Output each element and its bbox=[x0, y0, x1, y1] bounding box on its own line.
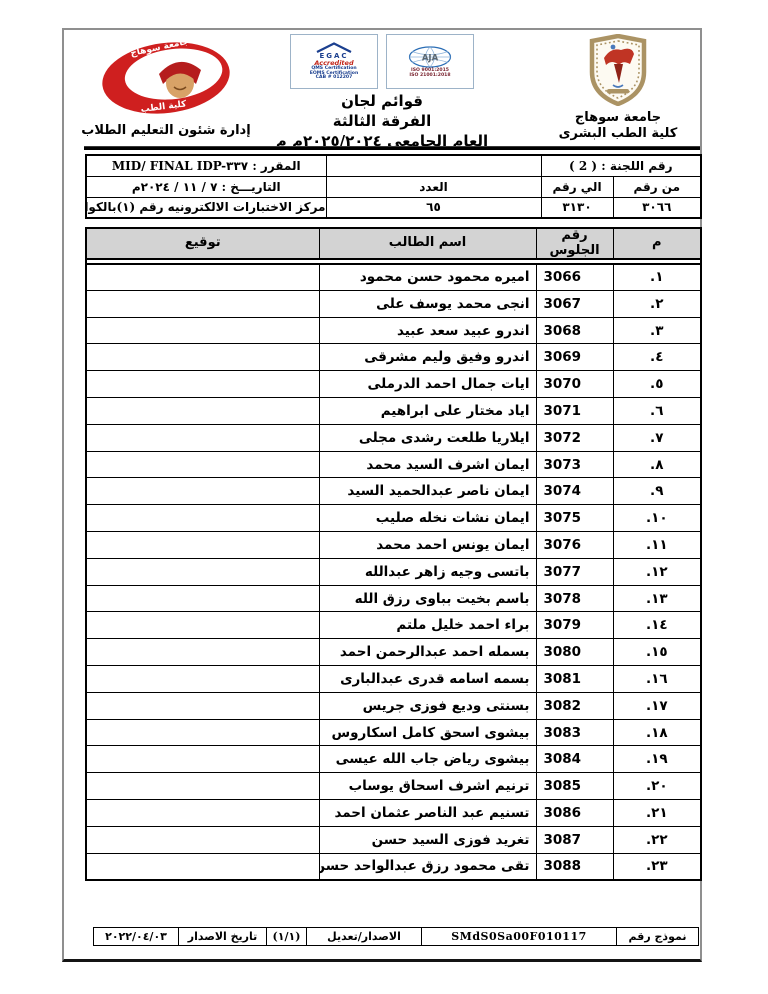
certification-logos: EGAC Accredited QMS Certification EOMS C… bbox=[262, 34, 502, 89]
row-number: ٣. bbox=[613, 317, 701, 344]
row-number: ٦. bbox=[613, 398, 701, 425]
table-row: ٦.3071اياد مختار على ابراهيم bbox=[86, 398, 701, 425]
row-number: ٤. bbox=[613, 344, 701, 371]
table-row: ١٥.3080بسمله احمد عبدالرحمن احمد bbox=[86, 639, 701, 666]
signature-cell bbox=[86, 478, 319, 505]
signature-cell bbox=[86, 692, 319, 719]
table-row: ٩.3074ايمان ناصر عبدالحميد السيد bbox=[86, 478, 701, 505]
seat-number: 3079 bbox=[536, 612, 613, 639]
signature-cell bbox=[86, 290, 319, 317]
signature-cell bbox=[86, 773, 319, 800]
table-row: ١٠.3075ايمان نشات نخله صليب bbox=[86, 505, 701, 532]
row-number: ٧. bbox=[613, 424, 701, 451]
row-number: ٢٢. bbox=[613, 826, 701, 853]
row-number: ١٥. bbox=[613, 639, 701, 666]
student-name: بسمه اسامه قدرى عبدالبارى bbox=[319, 666, 536, 693]
egac-accreditation-logo: EGAC Accredited QMS Certification EOMS C… bbox=[290, 34, 378, 89]
signature-cell bbox=[86, 558, 319, 585]
to-number-label: الي رقم bbox=[541, 176, 613, 197]
student-name: اندرو وفيق وليم مشرقى bbox=[319, 344, 536, 371]
seat-number: 3073 bbox=[536, 451, 613, 478]
table-row: ٤.3069اندرو وفيق وليم مشرقى bbox=[86, 344, 701, 371]
count-value: ٦٥ bbox=[326, 197, 541, 218]
student-name: تغريد فوزى السيد حسن bbox=[319, 826, 536, 853]
aja-name: AJA bbox=[422, 53, 439, 63]
title-block: EGAC Accredited QMS Certification EOMS C… bbox=[262, 34, 502, 151]
aja-line-2: ISO 21001:2018 bbox=[409, 74, 450, 79]
exam-info-table: رقم اللجنة : ( 2 ) المقرر : ‪MID/ FINAL … bbox=[85, 154, 702, 219]
row-number: ١٧. bbox=[613, 692, 701, 719]
student-name: ايات جمال احمد الدرملى bbox=[319, 371, 536, 398]
seat-number: 3068 bbox=[536, 317, 613, 344]
student-name: تسنيم عبد الناصر عثمان احمد bbox=[319, 800, 536, 827]
faculty-name: كلية الطب البشرى bbox=[552, 126, 684, 142]
seat-number: 3086 bbox=[536, 800, 613, 827]
student-table-header: م رقم الجلوس اسم الطالب توقيع bbox=[86, 228, 701, 259]
student-name: اياد مختار على ابراهيم bbox=[319, 398, 536, 425]
header-signature: توقيع bbox=[86, 228, 319, 259]
student-name: ايمان نشات نخله صليب bbox=[319, 505, 536, 532]
seat-number: 3066 bbox=[536, 264, 613, 291]
signature-cell bbox=[86, 532, 319, 559]
table-row: ١٣.3078باسم بخيت بباوى رزق الله bbox=[86, 585, 701, 612]
exam-committee-sheet: جامعة سوهاج كلية الطب البشرى EGAC Accred… bbox=[0, 0, 768, 994]
student-name: بيشوى رياض جاب الله عيسى bbox=[319, 746, 536, 773]
table-row: ١٨.3083بيشوى اسحق كامل اسكاروس bbox=[86, 719, 701, 746]
seat-number: 3082 bbox=[536, 692, 613, 719]
seat-number: 3085 bbox=[536, 773, 613, 800]
footer-row: نموذج رقم SMdS0Sa00F010117 الاصدار/تعديل… bbox=[94, 928, 699, 946]
row-number: ٢٣. bbox=[613, 853, 701, 880]
seat-number: 3071 bbox=[536, 398, 613, 425]
row-number: ١٩. bbox=[613, 746, 701, 773]
university-shield-logo-icon bbox=[587, 34, 649, 106]
page-frame: جامعة سوهاج كلية الطب البشرى EGAC Accred… bbox=[62, 28, 702, 962]
issue-date-label: تاريخ الاصدار bbox=[179, 928, 267, 946]
student-name: اندرو عبيد سعد عبيد bbox=[319, 317, 536, 344]
student-name: انجى محمد يوسف على bbox=[319, 290, 536, 317]
row-number: ٩. bbox=[613, 478, 701, 505]
to-number-value: ٣١٣٠ bbox=[541, 197, 613, 218]
header-divider bbox=[84, 146, 700, 150]
signature-cell bbox=[86, 344, 319, 371]
aja-certification-logo: AJA ISO 9001:2015 ISO 21001:2018 bbox=[386, 34, 474, 89]
info-row-2: من رقم الي رقم العدد التاريـــخ : ٧ / ١١… bbox=[86, 176, 701, 197]
student-name: بسمله احمد عبدالرحمن احمد bbox=[319, 639, 536, 666]
exam-location: مركز الاختبارات الالكترونيه رقم (١)بالكو… bbox=[86, 197, 326, 218]
signature-cell bbox=[86, 666, 319, 693]
table-row: ٢٠.3085ترنيم اشرف اسحاق يوساب bbox=[86, 773, 701, 800]
signature-cell bbox=[86, 505, 319, 532]
row-number: ١. bbox=[613, 264, 701, 291]
table-row: ٢.3067انجى محمد يوسف على bbox=[86, 290, 701, 317]
info-empty-cell bbox=[326, 155, 541, 176]
signature-cell bbox=[86, 853, 319, 880]
seat-number: 3067 bbox=[536, 290, 613, 317]
seat-number: 3069 bbox=[536, 344, 613, 371]
seat-number: 3084 bbox=[536, 746, 613, 773]
table-row: ٢٢.3087تغريد فوزى السيد حسن bbox=[86, 826, 701, 853]
row-number: ١٢. bbox=[613, 558, 701, 585]
university-header-block: جامعة سوهاج كلية الطب البشرى bbox=[552, 34, 684, 143]
student-name: براء احمد خليل ملتم bbox=[319, 612, 536, 639]
seat-number: 3080 bbox=[536, 639, 613, 666]
row-number: ١٠. bbox=[613, 505, 701, 532]
seat-number: 3087 bbox=[536, 826, 613, 853]
signature-cell bbox=[86, 398, 319, 425]
signature-cell bbox=[86, 317, 319, 344]
seat-number: 3077 bbox=[536, 558, 613, 585]
student-name: ايمان ناصر عبدالحميد السيد bbox=[319, 478, 536, 505]
row-number: ٢٠. bbox=[613, 773, 701, 800]
signature-cell bbox=[86, 612, 319, 639]
seat-number: 3088 bbox=[536, 853, 613, 880]
signature-cell bbox=[86, 719, 319, 746]
table-row: ٢٣.3088تقى محمود رزق عبدالواحد حسن bbox=[86, 853, 701, 880]
committee-number: رقم اللجنة : ( 2 ) bbox=[541, 155, 701, 176]
from-number-label: من رقم bbox=[613, 176, 701, 197]
seat-number: 3083 bbox=[536, 719, 613, 746]
table-row: ١٧.3082بسنتى وديع فوزى جريس bbox=[86, 692, 701, 719]
exam-date: التاريـــخ : ٧ / ١١ / ٢٠٢٤م bbox=[86, 176, 326, 197]
form-footer-table: نموذج رقم SMdS0Sa00F010117 الاصدار/تعديل… bbox=[93, 927, 699, 946]
table-row: ١٢.3077باتسى وجيه زاهر عبدالله bbox=[86, 558, 701, 585]
seat-number: 3081 bbox=[536, 666, 613, 693]
student-name: ايمان اشرف السيد محمد bbox=[319, 451, 536, 478]
student-name: ترنيم اشرف اسحاق يوساب bbox=[319, 773, 536, 800]
form-number-label: نموذج رقم bbox=[617, 928, 699, 946]
page-title: قوائم لجان bbox=[262, 92, 502, 112]
row-number: ١١. bbox=[613, 532, 701, 559]
signature-cell bbox=[86, 424, 319, 451]
signature-cell bbox=[86, 826, 319, 853]
row-number: ٢١. bbox=[613, 800, 701, 827]
student-name: اميره محمود حسن محمود bbox=[319, 264, 536, 291]
student-name: باتسى وجيه زاهر عبدالله bbox=[319, 558, 536, 585]
table-row: ٥.3070ايات جمال احمد الدرملى bbox=[86, 371, 701, 398]
count-label: العدد bbox=[326, 176, 541, 197]
signature-cell bbox=[86, 746, 319, 773]
row-number: ١٣. bbox=[613, 585, 701, 612]
course-name: المقرر : ‪MID/ FINAL IDP-٣٣٧‬ bbox=[86, 155, 326, 176]
table-row: ١٤.3079براء احمد خليل ملتم bbox=[86, 612, 701, 639]
header-no: م bbox=[613, 228, 701, 259]
student-list-table: م رقم الجلوس اسم الطالب توقيع ١.3066امير… bbox=[85, 227, 702, 881]
seat-number: 3074 bbox=[536, 478, 613, 505]
header-student-name: اسم الطالب bbox=[319, 228, 536, 259]
crescent-logo-icon: جامعة سوهاج كلية الطب bbox=[95, 38, 237, 118]
student-affairs-caption: إدارة شئون التعليم الطلاب bbox=[80, 123, 252, 138]
student-affairs-block: جامعة سوهاج كلية الطب إدارة شئون التعليم… bbox=[80, 38, 252, 138]
table-row: ٢١.3086تسنيم عبد الناصر عثمان احمد bbox=[86, 800, 701, 827]
table-row: ١٩.3084بيشوى رياض جاب الله عيسى bbox=[86, 746, 701, 773]
header-seat-number: رقم الجلوس bbox=[536, 228, 613, 259]
table-row: ١١.3076ايمان يونس احمد محمد bbox=[86, 532, 701, 559]
grade-title: الفرقة الثالثة bbox=[262, 112, 502, 132]
signature-cell bbox=[86, 371, 319, 398]
student-name: تقى محمود رزق عبدالواحد حسن bbox=[319, 853, 536, 880]
student-name: باسم بخيت بباوى رزق الله bbox=[319, 585, 536, 612]
from-number-value: ٣٠٦٦ bbox=[613, 197, 701, 218]
student-name: ايمان يونس احمد محمد bbox=[319, 532, 536, 559]
form-number-value: SMdS0Sa00F010117 bbox=[422, 928, 617, 946]
university-name: جامعة سوهاج bbox=[552, 110, 684, 126]
egac-line-3: CAB # 012207 bbox=[316, 76, 353, 81]
issue-date-value: ٢٠٢٢/٠٤/٠٣ bbox=[94, 928, 179, 946]
seat-number: 3075 bbox=[536, 505, 613, 532]
signature-cell bbox=[86, 264, 319, 291]
seat-number: 3072 bbox=[536, 424, 613, 451]
row-number: ١٦. bbox=[613, 666, 701, 693]
table-row: ١٦.3081بسمه اسامه قدرى عبدالبارى bbox=[86, 666, 701, 693]
issue-label: الاصدار/تعديل bbox=[307, 928, 422, 946]
row-number: ٢. bbox=[613, 290, 701, 317]
signature-cell bbox=[86, 451, 319, 478]
issue-value: (١/١) bbox=[267, 928, 307, 946]
row-number: ٥. bbox=[613, 371, 701, 398]
table-row: ٨.3073ايمان اشرف السيد محمد bbox=[86, 451, 701, 478]
row-number: ١٤. bbox=[613, 612, 701, 639]
info-row-3: ٣٠٦٦ ٣١٣٠ ٦٥ مركز الاختبارات الالكترونيه… bbox=[86, 197, 701, 218]
student-table-body: ١.3066اميره محمود حسن محمود٢.3067انجى مح… bbox=[86, 264, 701, 880]
table-row: ٧.3072ايلاريا طلعت رشدى مجلى bbox=[86, 424, 701, 451]
seat-number: 3070 bbox=[536, 371, 613, 398]
seat-number: 3078 bbox=[536, 585, 613, 612]
aja-globe-icon: AJA bbox=[407, 45, 453, 69]
document-titles: قوائم لجان الفرقة الثالثة العام الجامعي … bbox=[262, 92, 502, 151]
table-row: ١.3066اميره محمود حسن محمود bbox=[86, 264, 701, 291]
signature-cell bbox=[86, 585, 319, 612]
student-name: ايلاريا طلعت رشدى مجلى bbox=[319, 424, 536, 451]
row-number: ١٨. bbox=[613, 719, 701, 746]
info-row-1: رقم اللجنة : ( 2 ) المقرر : ‪MID/ FINAL … bbox=[86, 155, 701, 176]
student-name: بيشوى اسحق كامل اسكاروس bbox=[319, 719, 536, 746]
signature-cell bbox=[86, 639, 319, 666]
seat-number: 3076 bbox=[536, 532, 613, 559]
student-name: بسنتى وديع فوزى جريس bbox=[319, 692, 536, 719]
signature-cell bbox=[86, 800, 319, 827]
table-row: ٣.3068اندرو عبيد سعد عبيد bbox=[86, 317, 701, 344]
row-number: ٨. bbox=[613, 451, 701, 478]
